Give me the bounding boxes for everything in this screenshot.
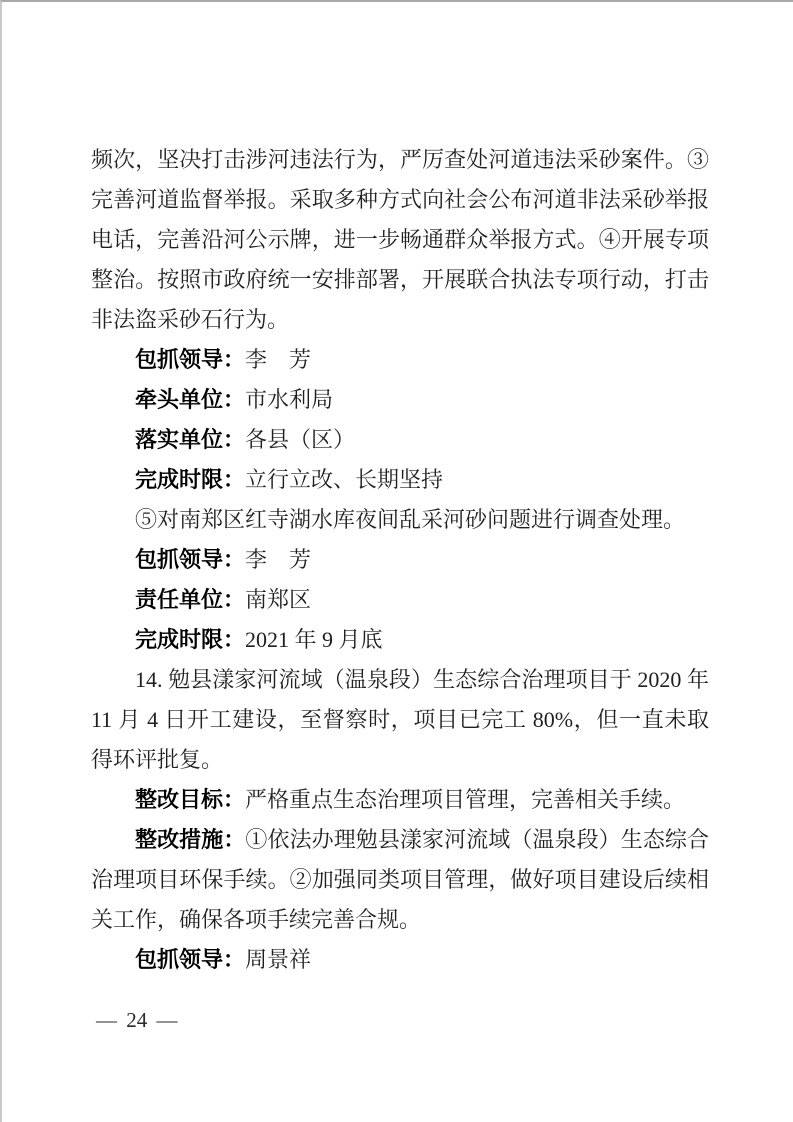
info-value: 市水利局 [245,387,333,412]
page-number: — 24 — [96,1005,178,1035]
goal-label: 整改目标： [135,787,245,812]
info-label: 包抓领导： [135,347,245,372]
info-value: 李 芳 [245,347,311,372]
paragraph-measures: 整改措施：①依法办理勉县漾家河流域（温泉段）生态综合治理项目环保手续。②加强同类… [91,820,709,940]
document-body: 频次，坚决打击涉河违法行为，严厉查处河道违法采砂案件。③完善河道监督举报。采取多… [91,140,709,980]
info-value: 各县（区） [245,427,355,452]
paragraph-item-5: ⑤对南郑区红寺湖水库夜间乱采河砂问题进行调查处理。 [91,500,709,540]
info-line-lead-unit: 牵头单位：市水利局 [91,380,709,420]
info-label: 落实单位： [135,427,245,452]
info-label: 牵头单位： [135,387,245,412]
paragraph-item-14: 14. 勉县漾家河流域（温泉段）生态综合治理项目于 2020 年 11 月 4 … [91,660,709,780]
info-value: 李 芳 [245,547,311,572]
info-label: 包抓领导： [135,547,245,572]
info-label: 完成时限： [135,467,245,492]
info-value: 2021 年 9 月底 [245,627,383,652]
info-label: 包抓领导： [135,947,245,972]
document-page: 频次，坚决打击涉河违法行为，严厉查处河道违法采砂案件。③完善河道监督举报。采取多… [0,0,793,1122]
info-label: 完成时限： [135,627,245,652]
info-value: 立行立改、长期坚持 [245,467,443,492]
info-label: 责任单位： [135,587,245,612]
info-line-leader-2: 包抓领导：李 芳 [91,540,709,580]
info-line-leader-1: 包抓领导：李 芳 [91,340,709,380]
paragraph-goal: 整改目标：严格重点生态治理项目管理，完善相关手续。 [91,780,709,820]
info-line-responsible-unit: 责任单位：南郑区 [91,580,709,620]
goal-text: 严格重点生态治理项目管理，完善相关手续。 [245,787,685,812]
info-value: 周景祥 [245,947,311,972]
info-line-deadline-1: 完成时限：立行立改、长期坚持 [91,460,709,500]
info-line-leader-3: 包抓领导：周景祥 [91,940,709,980]
paragraph-continuation: 频次，坚决打击涉河违法行为，严厉查处河道违法采砂案件。③完善河道监督举报。采取多… [91,140,709,340]
info-value: 南郑区 [245,587,311,612]
info-line-implement-unit: 落实单位：各县（区） [91,420,709,460]
info-line-deadline-2: 完成时限：2021 年 9 月底 [91,620,709,660]
measures-label: 整改措施： [135,827,245,852]
